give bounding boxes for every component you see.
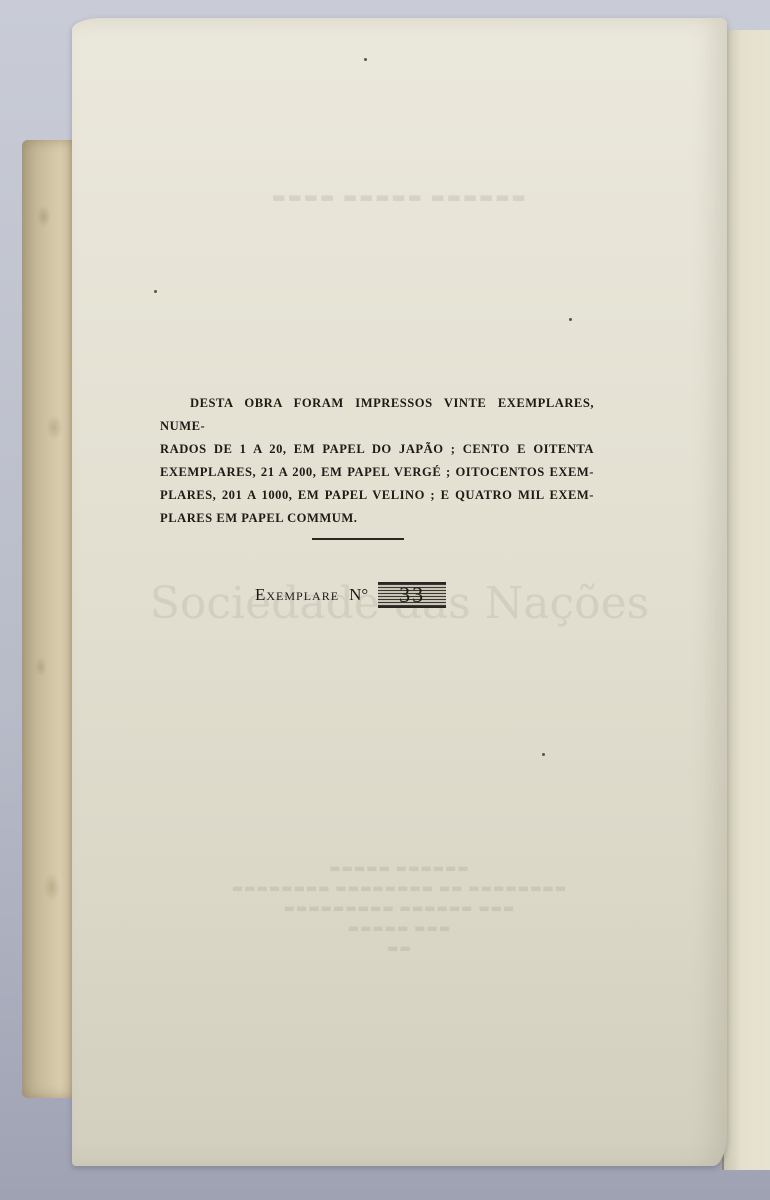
paper-speck bbox=[154, 290, 157, 293]
exemplar-number-line: Exemplare N° 33 bbox=[255, 582, 446, 608]
colophon-line: plares, 201 a 1000, em papel velino ; e … bbox=[160, 484, 594, 507]
colophon-line: rados de 1 a 20, em papel do Japão ; cen… bbox=[160, 438, 594, 461]
edition-colophon: Desta obra foram impressos vinte exempla… bbox=[160, 392, 594, 530]
divider-rule bbox=[312, 538, 404, 540]
colophon-line: exemplares, 21 a 200, em papel vergé ; o… bbox=[160, 461, 594, 484]
number-sign: N° bbox=[349, 585, 368, 605]
book-cover-edge bbox=[22, 140, 76, 1098]
paper-speck bbox=[569, 318, 572, 321]
facing-page-edge bbox=[722, 30, 770, 1170]
exemplar-label: Exemplare bbox=[255, 585, 339, 605]
exemplar-number: 33 bbox=[378, 582, 446, 608]
paper-speck bbox=[542, 753, 545, 756]
colophon-line: plares em papel commum. bbox=[160, 507, 594, 530]
paper-speck bbox=[364, 58, 367, 61]
showthrough-header: ▬▬▬▬ ▬▬▬▬▬ ▬▬▬▬▬▬ bbox=[72, 188, 727, 206]
colophon-line: Desta obra foram impressos vinte exempla… bbox=[160, 392, 594, 438]
showthrough-imprint: ▬▬▬▬▬ ▬▬▬▬▬▬▬▬▬▬▬▬▬▬ ▬▬▬▬▬▬▬▬ ▬▬ ▬▬▬▬▬▬▬… bbox=[72, 858, 727, 958]
